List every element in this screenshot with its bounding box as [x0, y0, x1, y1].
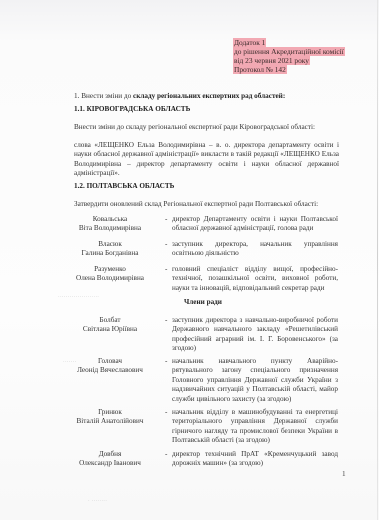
page-number: 1	[342, 470, 346, 478]
annex-date: від 23 червня 2021 року	[233, 56, 310, 65]
member-position: заступник директора, начальник управлінн…	[172, 240, 338, 259]
member-given-name: Галина Богданівна	[55, 249, 165, 258]
dash-separator: -	[165, 408, 167, 417]
dash-separator: -	[165, 357, 167, 366]
member-name: Ковальська Віта Володимирівна	[55, 215, 165, 234]
kirovohrad-heading: 1.1. КІРОВОГРАДСЬКА ОБЛАСТЬ	[74, 105, 190, 114]
member-surname: Власюк	[55, 240, 165, 249]
member-surname: Довбня	[55, 450, 165, 459]
faint-bleedthrough-mark: ·····················	[58, 295, 99, 300]
member-name: Головач Леонід Вячеславович	[55, 357, 165, 376]
member-name: Гринюк Віталій Анатолійович	[55, 408, 165, 427]
member-position: начальник навчального пункту Аварійно-ря…	[172, 357, 338, 404]
member-name: Болбат Світлана Юріївна	[55, 316, 165, 335]
poltava-heading: 1.2. ПОЛТАВСЬКА ОБЛАСТЬ	[74, 182, 174, 191]
section1-intro-normal: 1. Внести зміни до	[74, 92, 133, 100]
member-name: Власюк Галина Богданівна	[55, 240, 165, 259]
poltava-intro: Затвердити оновлений склад Регіональної …	[74, 200, 344, 209]
member-surname: Гринюк	[55, 408, 165, 417]
annex-number: Додаток 1	[233, 38, 266, 47]
member-name: Разуменко Олена Володимирівна	[55, 265, 165, 284]
annex-stamp: Додаток 1 до рішення Акредитаційної комі…	[233, 38, 345, 74]
section1-intro: 1. Внести зміни до складу регіональних е…	[74, 92, 354, 101]
member-given-name: Олександр Іванович	[55, 459, 165, 468]
member-position: начальник відділу в машинобудуванні та е…	[172, 408, 338, 446]
member-given-name: Віта Володимирівна	[55, 224, 165, 233]
member-position: директор Департаменту освіти і науки Пол…	[172, 215, 338, 234]
dash-separator: -	[165, 265, 167, 274]
member-given-name: Світлана Юріївна	[55, 325, 165, 334]
section1-intro-bold: складу регіональних експертних рад облас…	[133, 92, 285, 100]
annex-protocol: Протокол № 142	[233, 65, 287, 74]
member-surname: Ковальська	[55, 215, 165, 224]
faint-bleedthrough-mark: · ········	[88, 499, 107, 504]
kirovohrad-intro: Внести зміни до складу регіональної експ…	[74, 123, 344, 132]
member-given-name: Віталій Анатолійович	[55, 417, 165, 426]
member-name: Довбня Олександр Іванович	[55, 450, 165, 469]
document-page: Додаток 1 до рішення Акредитаційної комі…	[0, 0, 379, 520]
member-position: заступник директора з навчально-виробнич…	[172, 316, 338, 354]
member-position: головний спеціаліст відділу вищої, профе…	[172, 265, 338, 293]
annex-decision: до рішення Акредитаційної комісії	[233, 47, 345, 56]
members-heading: Члени ради	[184, 298, 222, 307]
member-surname: Разуменко	[55, 265, 165, 274]
member-position: директор технічний ПрАТ «Кременчуцький з…	[172, 450, 338, 469]
dash-separator: -	[165, 240, 167, 249]
member-surname: Головач	[55, 357, 165, 366]
page-edge-shadow	[377, 0, 378, 520]
member-surname: Болбат	[55, 316, 165, 325]
dash-separator: -	[165, 316, 167, 325]
kirovohrad-change-text: слова «ЛЕЩЕНКО Ельза Володимирівна – в. …	[74, 141, 339, 179]
member-given-name: Олена Володимирівна	[55, 274, 165, 283]
member-given-name: Леонід Вячеславович	[55, 366, 165, 375]
dash-separator: -	[165, 215, 167, 224]
dash-separator: -	[165, 450, 167, 459]
